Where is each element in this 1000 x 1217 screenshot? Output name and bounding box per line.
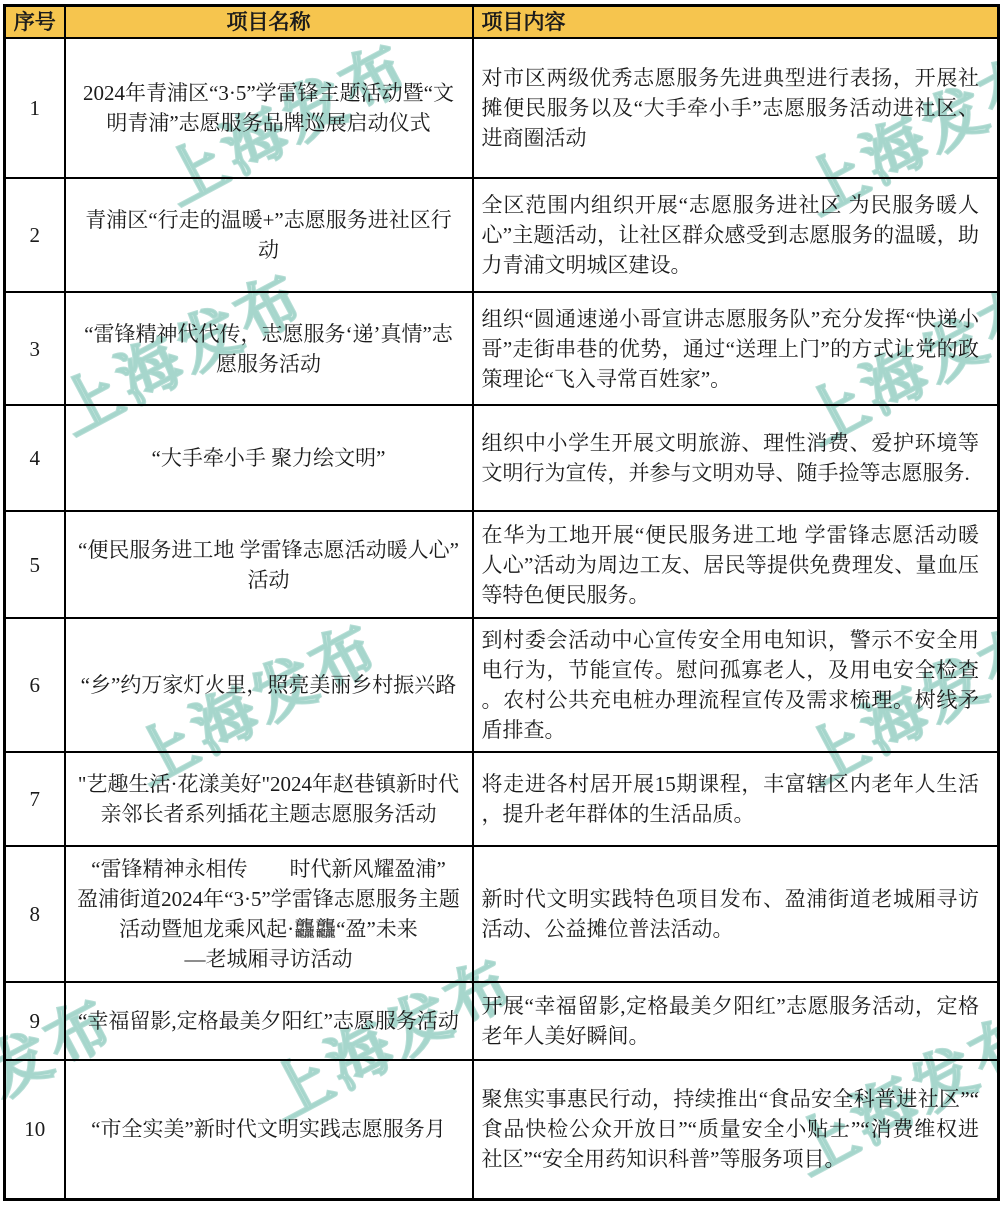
row-number: 1 (5, 38, 65, 178)
table-row: 3 “雷锋精神代代传，志愿服务‘递’真情”志愿服务活动 组织“圆通速递小哥宣讲志… (5, 292, 999, 405)
projects-table-wrap: 序号 项目名称 项目内容 1 2024年青浦区“3·5”学雷锋主题活动暨“文明青… (3, 4, 997, 1201)
project-content: 全区范围内组织开展“志愿服务进社区 为民服务暖人心”主题活动，让社区群众感受到志… (473, 178, 999, 292)
project-name: “大手牵小手 聚力绘文明” (65, 405, 473, 511)
project-name: “雷锋精神永相传 时代新风耀盈浦” 盈浦街道2024年“3·5”学雷锋志愿服务主… (65, 846, 473, 982)
column-header-number: 序号 (5, 6, 65, 39)
project-name: 2024年青浦区“3·5”学雷锋主题活动暨“文明青浦”志愿服务品牌巡展启动仪式 (65, 38, 473, 178)
project-name: “便民服务进工地 学雷锋志愿活动暖人心”活动 (65, 511, 473, 618)
row-number: 8 (5, 846, 65, 982)
table-row: 7 "艺趣生活·花漾美好"2024年赵巷镇新时代亲邻长者系列插花主题志愿服务活动… (5, 752, 999, 846)
column-header-project-name: 项目名称 (65, 6, 473, 39)
project-name: 青浦区“行走的温暖+”志愿服务进社区行动 (65, 178, 473, 292)
projects-table: 序号 项目名称 项目内容 1 2024年青浦区“3·5”学雷锋主题活动暨“文明青… (3, 4, 1000, 1201)
row-number: 6 (5, 618, 65, 752)
project-content: 新时代文明实践特色项目发布、盈浦街道老城厢寻访活动、公益摊位普法活动。 (473, 846, 999, 982)
table-row: 5 “便民服务进工地 学雷锋志愿活动暖人心”活动 在华为工地开展“便民服务进工地… (5, 511, 999, 618)
project-content: 对市区两级优秀志愿服务先进典型进行表扬，开展社摊便民服务以及“大手牵小手”志愿服… (473, 38, 999, 178)
row-number: 4 (5, 405, 65, 511)
header-row: 序号 项目名称 项目内容 (5, 6, 999, 39)
project-content: 组织“圆通速递小哥宣讲志愿服务队”充分发挥“快递小哥”走街串巷的优势，通过“送理… (473, 292, 999, 405)
row-number: 9 (5, 982, 65, 1060)
project-name: “乡”约万家灯火里，照亮美丽乡村振兴路 (65, 618, 473, 752)
project-name: “幸福留影,定格最美夕阳红”志愿服务活动 (65, 982, 473, 1060)
table-row: 2 青浦区“行走的温暖+”志愿服务进社区行动 全区范围内组织开展“志愿服务进社区… (5, 178, 999, 292)
table-row: 9 “幸福留影,定格最美夕阳红”志愿服务活动 开展“幸福留影,定格最美夕阳红”志… (5, 982, 999, 1060)
table-row: 6 “乡”约万家灯火里，照亮美丽乡村振兴路 到村委会活动中心宣传安全用电知识，警… (5, 618, 999, 752)
row-number: 7 (5, 752, 65, 846)
project-content: 组织中小学生开展文明旅游、理性消费、爱护环境等文明行为宣传，并参与文明劝导、随手… (473, 405, 999, 511)
row-number: 10 (5, 1060, 65, 1199)
project-content: 开展“幸福留影,定格最美夕阳红”志愿服务活动，定格老年人美好瞬间。 (473, 982, 999, 1060)
table-row: 10 “市全实美”新时代文明实践志愿服务月 聚焦实事惠民行动，持续推出“食品安全… (5, 1060, 999, 1199)
project-content: 将走进各村居开展15期课程，丰富辖区内老年人生活，提升老年群体的生活品质。 (473, 752, 999, 846)
table-row: 8 “雷锋精神永相传 时代新风耀盈浦” 盈浦街道2024年“3·5”学雷锋志愿服… (5, 846, 999, 982)
project-content: 到村委会活动中心宣传安全用电知识，警示不安全用电行为，节能宣传。慰问孤寡老人，及… (473, 618, 999, 752)
row-number: 3 (5, 292, 65, 405)
row-number: 2 (5, 178, 65, 292)
table-row: 1 2024年青浦区“3·5”学雷锋主题活动暨“文明青浦”志愿服务品牌巡展启动仪… (5, 38, 999, 178)
column-header-project-content: 项目内容 (473, 6, 999, 39)
project-name: “雷锋精神代代传，志愿服务‘递’真情”志愿服务活动 (65, 292, 473, 405)
project-content: 在华为工地开展“便民服务进工地 学雷锋志愿活动暖人心”活动为周边工友、居民等提供… (473, 511, 999, 618)
project-name: “市全实美”新时代文明实践志愿服务月 (65, 1060, 473, 1199)
row-number: 5 (5, 511, 65, 618)
project-content: 聚焦实事惠民行动，持续推出“食品安全科普进社区”“食品快检公众开放日”“质量安全… (473, 1060, 999, 1199)
project-name: "艺趣生活·花漾美好"2024年赵巷镇新时代亲邻长者系列插花主题志愿服务活动 (65, 752, 473, 846)
table-row: 4 “大手牵小手 聚力绘文明” 组织中小学生开展文明旅游、理性消费、爱护环境等文… (5, 405, 999, 511)
